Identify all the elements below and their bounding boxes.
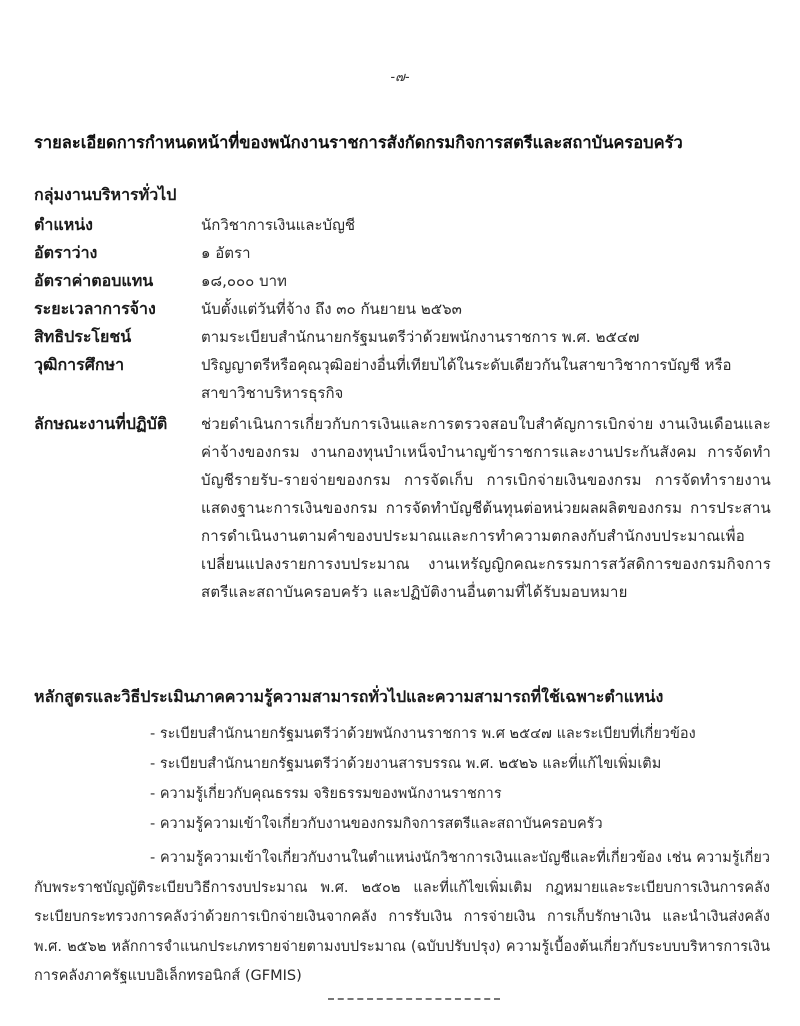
work-group-heading: กลุ่มงานบริหารทั่วไป <box>34 183 176 208</box>
list-item: - ระเบียบสำนักนายกรัฐมนตรีว่าด้วยงานสารบ… <box>150 752 661 775</box>
end-separator <box>328 998 500 1000</box>
field-duties: ลักษณะงานที่ปฏิบัติ ช่วยดำเนินการเกี่ยวก… <box>34 410 771 606</box>
section-heading: หลักสูตรและวิธีประเมินภาคความรู้ความสามา… <box>34 685 663 710</box>
field-education: วุฒิการศึกษา ปริญญาตรีหรือคุณวุฒิอย่างอื… <box>34 351 761 407</box>
field-salary: อัตราค่าตอบแทน ๑๘,๐๐๐ บาท <box>34 267 287 295</box>
field-label: อัตราว่าง <box>34 239 201 267</box>
field-employment-period: ระยะเวลาการจ้าง นับตั้งแต่วันที่จ้าง ถึง… <box>34 295 462 323</box>
field-value: นับตั้งแต่วันที่จ้าง ถึง ๓๐ กันยายน ๒๕๖๓ <box>201 295 462 323</box>
field-label: วุฒิการศึกษา <box>34 351 201 407</box>
field-value: ตามระเบียบสำนักนายกรัฐมนตรีว่าด้วยพนักงา… <box>201 323 639 351</box>
field-label: อัตราค่าตอบแทน <box>34 267 201 295</box>
field-value: ปริญญาตรีหรือคุณวุฒิอย่างอื่นที่เทียบได้… <box>201 351 761 407</box>
field-label: ลักษณะงานที่ปฏิบัติ <box>34 410 201 606</box>
field-vacancy: อัตราว่าง ๑ อัตรา <box>34 239 251 267</box>
list-item: - ความรู้เกี่ยวกับคุณธรรม จริยธรรมของพนั… <box>150 782 502 805</box>
field-label: สิทธิประโยชน์ <box>34 323 201 351</box>
field-value: ๑๘,๐๐๐ บาท <box>201 267 287 295</box>
page-number: -๗- <box>0 66 800 87</box>
field-position: ตำแหน่ง นักวิชาการเงินและบัญชี <box>34 211 355 239</box>
field-value: ๑ อัตรา <box>201 239 251 267</box>
document-title: รายละเอียดการกำหนดหน้าที่ของพนักงานราชกา… <box>34 130 683 156</box>
list-item: - ระเบียบสำนักนายกรัฐมนตรีว่าด้วยพนักงาน… <box>150 722 696 745</box>
list-item: - ความรู้ความเข้าใจเกี่ยวกับงานของกรมกิจ… <box>150 812 603 835</box>
field-label: ระยะเวลาการจ้าง <box>34 295 201 323</box>
knowledge-paragraph: - ความรู้ความเข้าใจเกี่ยวกับงานในตำแหน่ง… <box>34 844 770 992</box>
field-value: ช่วยดำเนินการเกี่ยวกับการเงินและการตรวจส… <box>201 410 771 606</box>
field-benefits: สิทธิประโยชน์ ตามระเบียบสำนักนายกรัฐมนตร… <box>34 323 639 351</box>
field-value: นักวิชาการเงินและบัญชี <box>201 211 355 239</box>
field-label: ตำแหน่ง <box>34 211 201 239</box>
